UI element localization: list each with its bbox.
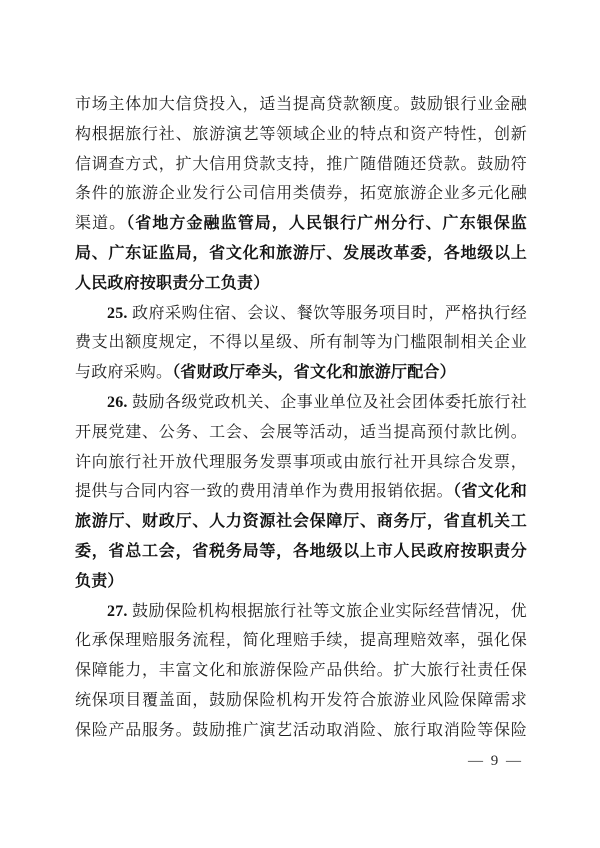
text-line: 提供与合同内容一致的费用清单作为费用报销依据。（省文化和 — [75, 477, 527, 507]
text-segment: 渠道。 — [75, 215, 126, 232]
document-page: 市场主体加大信贷投入，适当提高贷款额度。鼓励银行业金融机构根据旅行社、旅游演艺等… — [0, 0, 600, 848]
text-segment: 化承保理赔服务流程，简化理赔手续，提高理赔效率，强化保险 — [75, 632, 527, 656]
document-body: 市场主体加大信贷投入，适当提高贷款额度。鼓励银行业金融机构根据旅行社、旅游演艺等… — [75, 90, 527, 746]
text-line: 许向旅行社开放代理服务发票事项或由旅行社开具综合发票，并 — [75, 448, 527, 478]
emphasis-text-segment: 负责） — [75, 573, 124, 590]
text-segment: 许向旅行社开放代理服务发票事项或由旅行社开具综合发票，并 — [75, 454, 527, 478]
text-line: 构根据旅行社、旅游演艺等领域企业的特点和资产特性，创新授 — [75, 120, 527, 150]
text-segment: 费支出额度规定，不得以星级、所有制等为门槛限制相关企业参 — [75, 334, 527, 358]
text-segment: 市场主体加大信贷投入，适当提高贷款额度。鼓励银行业金融机 — [75, 96, 527, 120]
text-segment: 条件的旅游企业发行公司信用类债券，拓宽旅游企业多元化融资 — [75, 185, 527, 209]
text-line: 市场主体加大信贷投入，适当提高贷款额度。鼓励银行业金融机 — [75, 90, 527, 120]
text-line: 局、广东证监局，省文化和旅游厅、发展改革委，各地级以上市 — [75, 239, 527, 269]
text-segment: 与政府采购。 — [75, 364, 172, 381]
text-line: 保障能力，丰富文化和旅游保险产品供给。扩大旅行社责任保险 — [75, 656, 527, 686]
text-segment: 保障能力，丰富文化和旅游保险产品供给。扩大旅行社责任保险 — [75, 662, 527, 686]
text-line: 渠道。（省地方金融监管局，人民银行广州分行、广东银保监 — [75, 209, 527, 239]
emphasis-text-segment: 旅游厅、财政厅、人力资源社会保障厅、商务厅，省直机关工 — [75, 513, 527, 530]
text-line: 化承保理赔服务流程，简化理赔手续，提高理赔效率，强化保险 — [75, 626, 527, 656]
text-segment: 开展党建、公务、工会、会展等活动，适当提高预付款比例。允 — [75, 424, 527, 448]
text-segment: 信调查方式，扩大信用贷款支持，推广随借随还贷款。鼓励符合 — [75, 156, 527, 180]
text-line: 27. 鼓励保险机构根据旅行社等文旅企业实际经营情况，优 — [75, 597, 527, 627]
text-line: 统保项目覆盖面，鼓励保险机构开发符合旅游业风险保障需求的 — [75, 686, 527, 716]
emphasis-text-segment: 26. — [107, 394, 132, 411]
text-line: 费支出额度规定，不得以星级、所有制等为门槛限制相关企业参 — [75, 328, 527, 358]
emphasis-text-segment: 委，省总工会，省税务局等，各地级以上市人民政府按职责分工 — [75, 543, 527, 567]
text-line: 开展党建、公务、工会、会展等活动，适当提高预付款比例。允 — [75, 418, 527, 448]
text-segment: 提供与合同内容一致的费用清单作为费用报销依据。 — [75, 483, 453, 500]
text-line: 保险产品服务。鼓励推广演艺活动取消险、旅行取消险等保险产 — [75, 716, 527, 746]
emphasis-text-segment: （省地方金融监管局，人民银行广州分行、广东银保监 — [126, 215, 527, 232]
text-line: 25. 政府采购住宿、会议、餐饮等服务项目时，严格执行经 — [75, 299, 527, 329]
text-line: 信调查方式，扩大信用贷款支持，推广随借随还贷款。鼓励符合 — [75, 150, 527, 180]
emphasis-text-segment: （省财政厅牵头，省文化和旅游厅配合） — [172, 364, 456, 381]
text-line: 与政府采购。（省财政厅牵头，省文化和旅游厅配合） — [75, 358, 527, 388]
text-line: 26. 鼓励各级党政机关、企事业单位及社会团体委托旅行社 — [75, 388, 527, 418]
emphasis-text-segment: 人民政府按职责分工负责） — [75, 275, 269, 292]
page-number: — 9 — — [468, 750, 523, 772]
text-line: 委，省总工会，省税务局等，各地级以上市人民政府按职责分工 — [75, 537, 527, 567]
text-line: 旅游厅、财政厅、人力资源社会保障厅、商务厅，省直机关工 — [75, 507, 527, 537]
emphasis-text-segment: 25. — [107, 305, 132, 322]
text-line: 负责） — [75, 567, 527, 597]
text-segment: 保险产品服务。鼓励推广演艺活动取消险、旅行取消险等保险产 — [75, 722, 527, 746]
emphasis-text-segment: 局、广东证监局，省文化和旅游厅、发展改革委，各地级以上市 — [75, 245, 527, 269]
text-segment: 构根据旅行社、旅游演艺等领域企业的特点和资产特性，创新授 — [75, 126, 527, 150]
emphasis-text-segment: （省文化和 — [453, 483, 527, 500]
text-segment: 鼓励各级党政机关、企事业单位及社会团体委托旅行社 — [132, 394, 527, 411]
text-line: 人民政府按职责分工负责） — [75, 269, 527, 299]
text-line: 条件的旅游企业发行公司信用类债券，拓宽旅游企业多元化融资 — [75, 179, 527, 209]
text-segment: 政府采购住宿、会议、餐饮等服务项目时，严格执行经 — [132, 305, 527, 322]
text-segment: 鼓励保险机构根据旅行社等文旅企业实际经营情况，优 — [132, 603, 527, 620]
emphasis-text-segment: 27. — [107, 603, 132, 620]
text-segment: 统保项目覆盖面，鼓励保险机构开发符合旅游业风险保障需求的 — [75, 692, 527, 716]
